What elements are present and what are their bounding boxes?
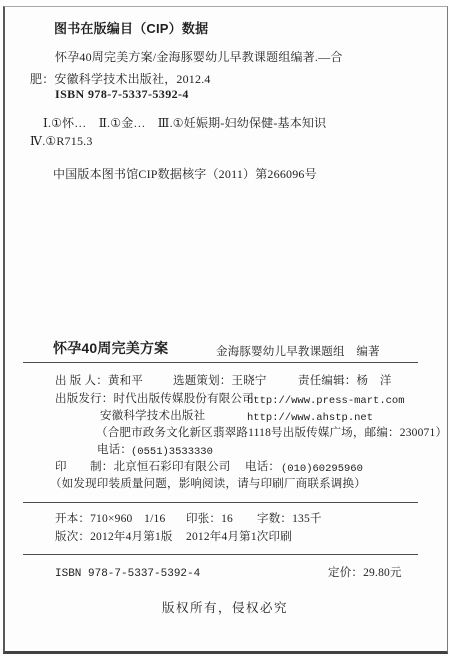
publisher-phone-label: 电话： xyxy=(97,443,132,458)
topic-planner: 选题策划：王晓宁 xyxy=(173,374,267,389)
edition-spec: 版次：2012年4月第1版 xyxy=(55,530,173,545)
page-border xyxy=(3,6,448,654)
quality-note: （如发现印装质量问题，影响阅读，请与印刷厂商联系调换） xyxy=(50,477,366,492)
responsible-editor: 责任编辑：杨 洋 xyxy=(298,374,392,389)
publisher-address: （合肥市政务文化新区翡翠路1118号出版传媒广场，邮编：230071） xyxy=(96,426,447,441)
cip-classification-1: Ⅰ.①怀… Ⅱ.①金… Ⅲ.①妊娠期-妇幼保健-基本知识 xyxy=(43,115,326,131)
word-count-spec: 字数：135千 xyxy=(257,512,322,527)
cip-entry-line-2: 肥：安徽科学技术出版社，2012.4 xyxy=(30,71,211,87)
divider-line-2 xyxy=(23,502,418,503)
publisher-person: 出 版 人：黄和平 xyxy=(55,374,143,389)
divider-line-3 xyxy=(23,554,418,555)
press-mart-url: http://www.press-mart.com xyxy=(247,394,405,409)
sheets-spec: 印张：16 xyxy=(186,512,233,527)
ahstp-url: http://www.ahstp.net xyxy=(247,411,373,426)
copyright-page: 图书在版编目（CIP）数据 怀孕40周完美方案/金海豚婴幼儿早教课题组编著.—合… xyxy=(0,0,450,656)
cip-record-number: 中国版本图书馆CIP数据核字（2011）第266096号 xyxy=(53,166,317,182)
cip-isbn: ISBN 978-7-5337-5392-4 xyxy=(55,86,189,102)
copyright-notice: 版权所有，侵权必究 xyxy=(0,601,450,616)
price: 定价：29.80元 xyxy=(328,566,402,581)
printer: 印 制：北京恒石彩印有限公司 xyxy=(55,460,231,475)
book-title: 怀孕40周完美方案 xyxy=(53,341,168,356)
printing-spec: 2012年4月第1次印刷 xyxy=(186,530,292,545)
footer-isbn: ISBN 978-7-5337-5392-4 xyxy=(55,567,200,582)
publisher-phone-number: (0551)3533330 xyxy=(131,445,213,460)
cip-entry-line-1: 怀孕40周完美方案/金海豚婴幼儿早教课题组编著.—合 xyxy=(55,49,343,65)
book-authors: 金海豚婴幼儿早教课题组 编著 xyxy=(216,345,380,360)
printer-phone-label: 电话： xyxy=(245,460,280,475)
format-spec: 开本：710×960 1/16 xyxy=(55,512,165,527)
divider-line-1 xyxy=(23,362,418,363)
publishing-house: 安徽科学技术出版社 xyxy=(100,409,205,424)
cip-header: 图书在版编目（CIP）数据 xyxy=(54,21,208,37)
printer-phone-number: (010)60295960 xyxy=(281,462,363,477)
publishing-issuer: 出版发行：时代出版传媒股份有限公司 xyxy=(55,392,254,407)
cip-classification-2: Ⅳ.①R715.3 xyxy=(30,133,93,149)
